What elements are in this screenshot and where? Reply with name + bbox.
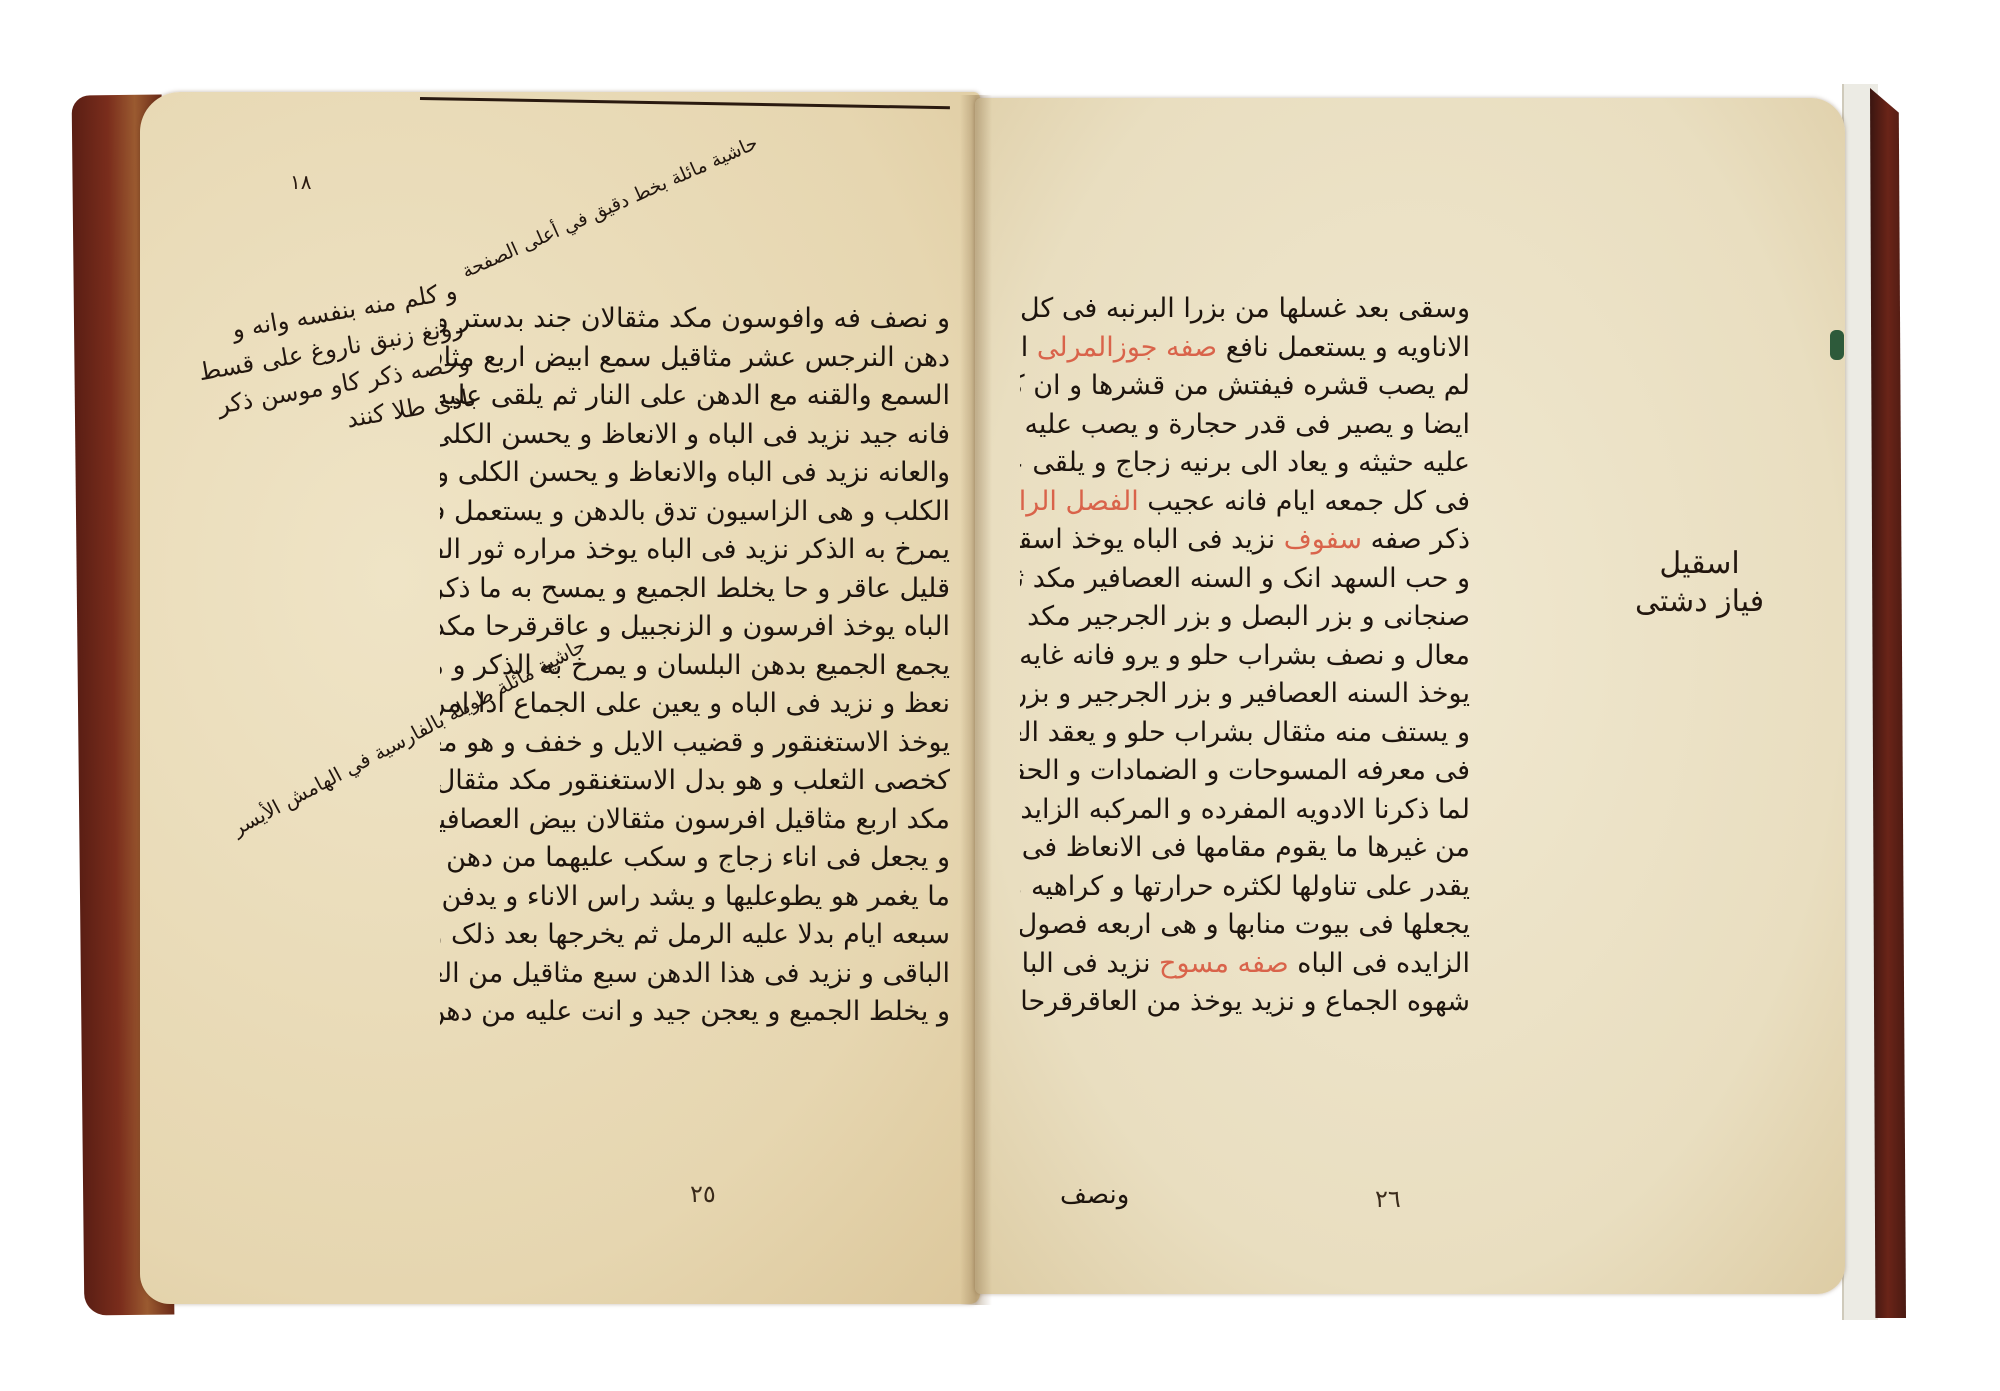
text-line: والعانه نزید فی الباه والانعاظ و یحسن ال… xyxy=(440,454,950,493)
text-line: یقدر علی تناولها لکثره حرارتها و کراهیه … xyxy=(1020,868,1470,907)
catchword: ونصف xyxy=(1060,1180,1129,1210)
text-line: کخصی الثعلب و هو بدل الاستغنقور مکد مثقا… xyxy=(440,762,950,801)
text-line: و یجعل فی اناء زجاج و سکب علیهما من دهن … xyxy=(440,839,950,878)
folio-number-left: ٢٥ xyxy=(690,1180,716,1208)
folio-number-right: ٢٦ xyxy=(1375,1185,1401,1213)
text-line: قلیل عاقر و حا یخلط الجمیع و یمسح به ما … xyxy=(440,570,950,609)
book-gutter xyxy=(960,95,992,1305)
text-line: الباقی و نزید فی هذا الدهن سبع مثاقیل من… xyxy=(440,955,950,994)
text-line: فی کل جمعه ایام فانه عجیب الفصل الرابع ف… xyxy=(1020,483,1470,522)
left-page-text: و نصف فه وافوسون مکد مثقالان جند بدستر و… xyxy=(440,300,950,1160)
text-line: ایضا و یصیر فی قدر حجارة و یصب علیه عسل … xyxy=(1020,406,1470,445)
text-line: دهن النرجس عشر مثاقیل سمع ابیض اربع مثاق… xyxy=(440,339,950,378)
text-line: مکد اربع مثاقیل افرسون مثقالان بیض العصا… xyxy=(440,801,950,840)
right-note-line: اسقیل xyxy=(1635,545,1764,583)
text-line: من غیرها ما یقوم مقامها فی الانعاظ فی ال… xyxy=(1020,829,1470,868)
text-line: الاناویه و یستعمل نافع صفه جوزالمرلی الز… xyxy=(1020,329,1470,368)
text-line: یوخذ الاستغنقور و قضیب الایل و خفف و هو … xyxy=(440,724,950,763)
text-line: و نصف فه وافوسون مکد مثقالان جند بدستر و… xyxy=(440,300,950,339)
right-leather-binding xyxy=(1870,88,1906,1318)
text-line: الزایده فی الباه صفه مسوح نزید فی الباه … xyxy=(1020,945,1470,984)
text-line: سبعه ایام بدلا علیه الرمل ثم یخرجها بعد … xyxy=(440,916,950,955)
right-page-text: وسقی بعد غسلها من بزرا البرنبه فی کل ثلث… xyxy=(1020,290,1470,1130)
rubric-heading: سفوف xyxy=(1284,524,1362,555)
text-line: نعظ و نزید فی الباه و یعین علی الجماع اذ… xyxy=(440,685,950,724)
text-line: و یستف منه مثقال بشراب حلو و یعقد العنب … xyxy=(1020,714,1470,753)
rubric-heading: صفه جوزالمرلی xyxy=(1037,332,1217,363)
text-line: معال و نصف بشراب حلو و یرو فانه غایه سفو… xyxy=(1020,637,1470,676)
text-line: فانه جید نزید فی الباه و الانعاظ و یحسن … xyxy=(440,416,950,455)
text-line: الباه یوخذ افرسون و الزنجبیل و عاقرقرحا … xyxy=(440,608,950,647)
text-line: صنجانی و بزر البصل و بزر الجرجیر مکد مثق… xyxy=(1020,598,1470,637)
text-line: لم یصب قشره فیفتش من قشرها و ان کان داخل… xyxy=(1020,367,1470,406)
text-line: لما ذکرنا الادویه المفرده و المرکبه الزا… xyxy=(1020,791,1470,830)
text-line: الکلب و هی الزاسیون تدق بالدهن و یستعمل … xyxy=(440,493,950,532)
text-line: فی معرفه المسوحات و الضمادات و الحقن و ا… xyxy=(1020,752,1470,791)
text-line: علیه حثیثه و یعاد الی برنیه زجاج و یلقی … xyxy=(1020,444,1470,483)
text-line: یجعلها فی بیوت منابها و هی اربعه فصول ال… xyxy=(1020,906,1470,945)
text-line: یوخذ السنه العصافیر و بزر الجرجیر و بزر … xyxy=(1020,675,1470,714)
text-line: وسقی بعد غسلها من بزرا البرنبه فی کل ثلث… xyxy=(1020,290,1470,329)
text-line: و یخلط الجمیع و یعجن جید و انت علیه من د… xyxy=(440,993,950,1032)
text-line: السمع والقنه مع الدهن علی النار ثم یلقی … xyxy=(440,377,950,416)
text-line: شهوه الجماع و نزید یوخذ من العاقرقرحا و … xyxy=(1020,983,1470,1022)
right-margin-note: اسقیل فیاز دشتی xyxy=(1635,545,1764,621)
text-line: و حب السهد انک و السنه العصافیر مکد ثلاث… xyxy=(1020,560,1470,599)
text-line: ما یغمر هو یطوعلیها و یشد راس الاناء و ی… xyxy=(440,878,950,917)
right-note-line: فیاز دشتی xyxy=(1635,583,1764,621)
rubric-heading: صفه مسوح xyxy=(1159,948,1289,979)
text-line: یجمع الجمیع بدهن البلسان و یمرخ به الذکر… xyxy=(440,647,950,686)
binding-thread xyxy=(1830,330,1844,360)
text-line: ذکر صفه سفوف نزید فی الباه یوخذ اسقنقور … xyxy=(1020,521,1470,560)
page-marker: ١٨ xyxy=(290,170,311,194)
text-line: یمرخ به الذکر نزید فی الباه یوخذ مراره ث… xyxy=(440,531,950,570)
rubric-heading: الفصل الرابع فی السفوفات xyxy=(1020,486,1139,517)
